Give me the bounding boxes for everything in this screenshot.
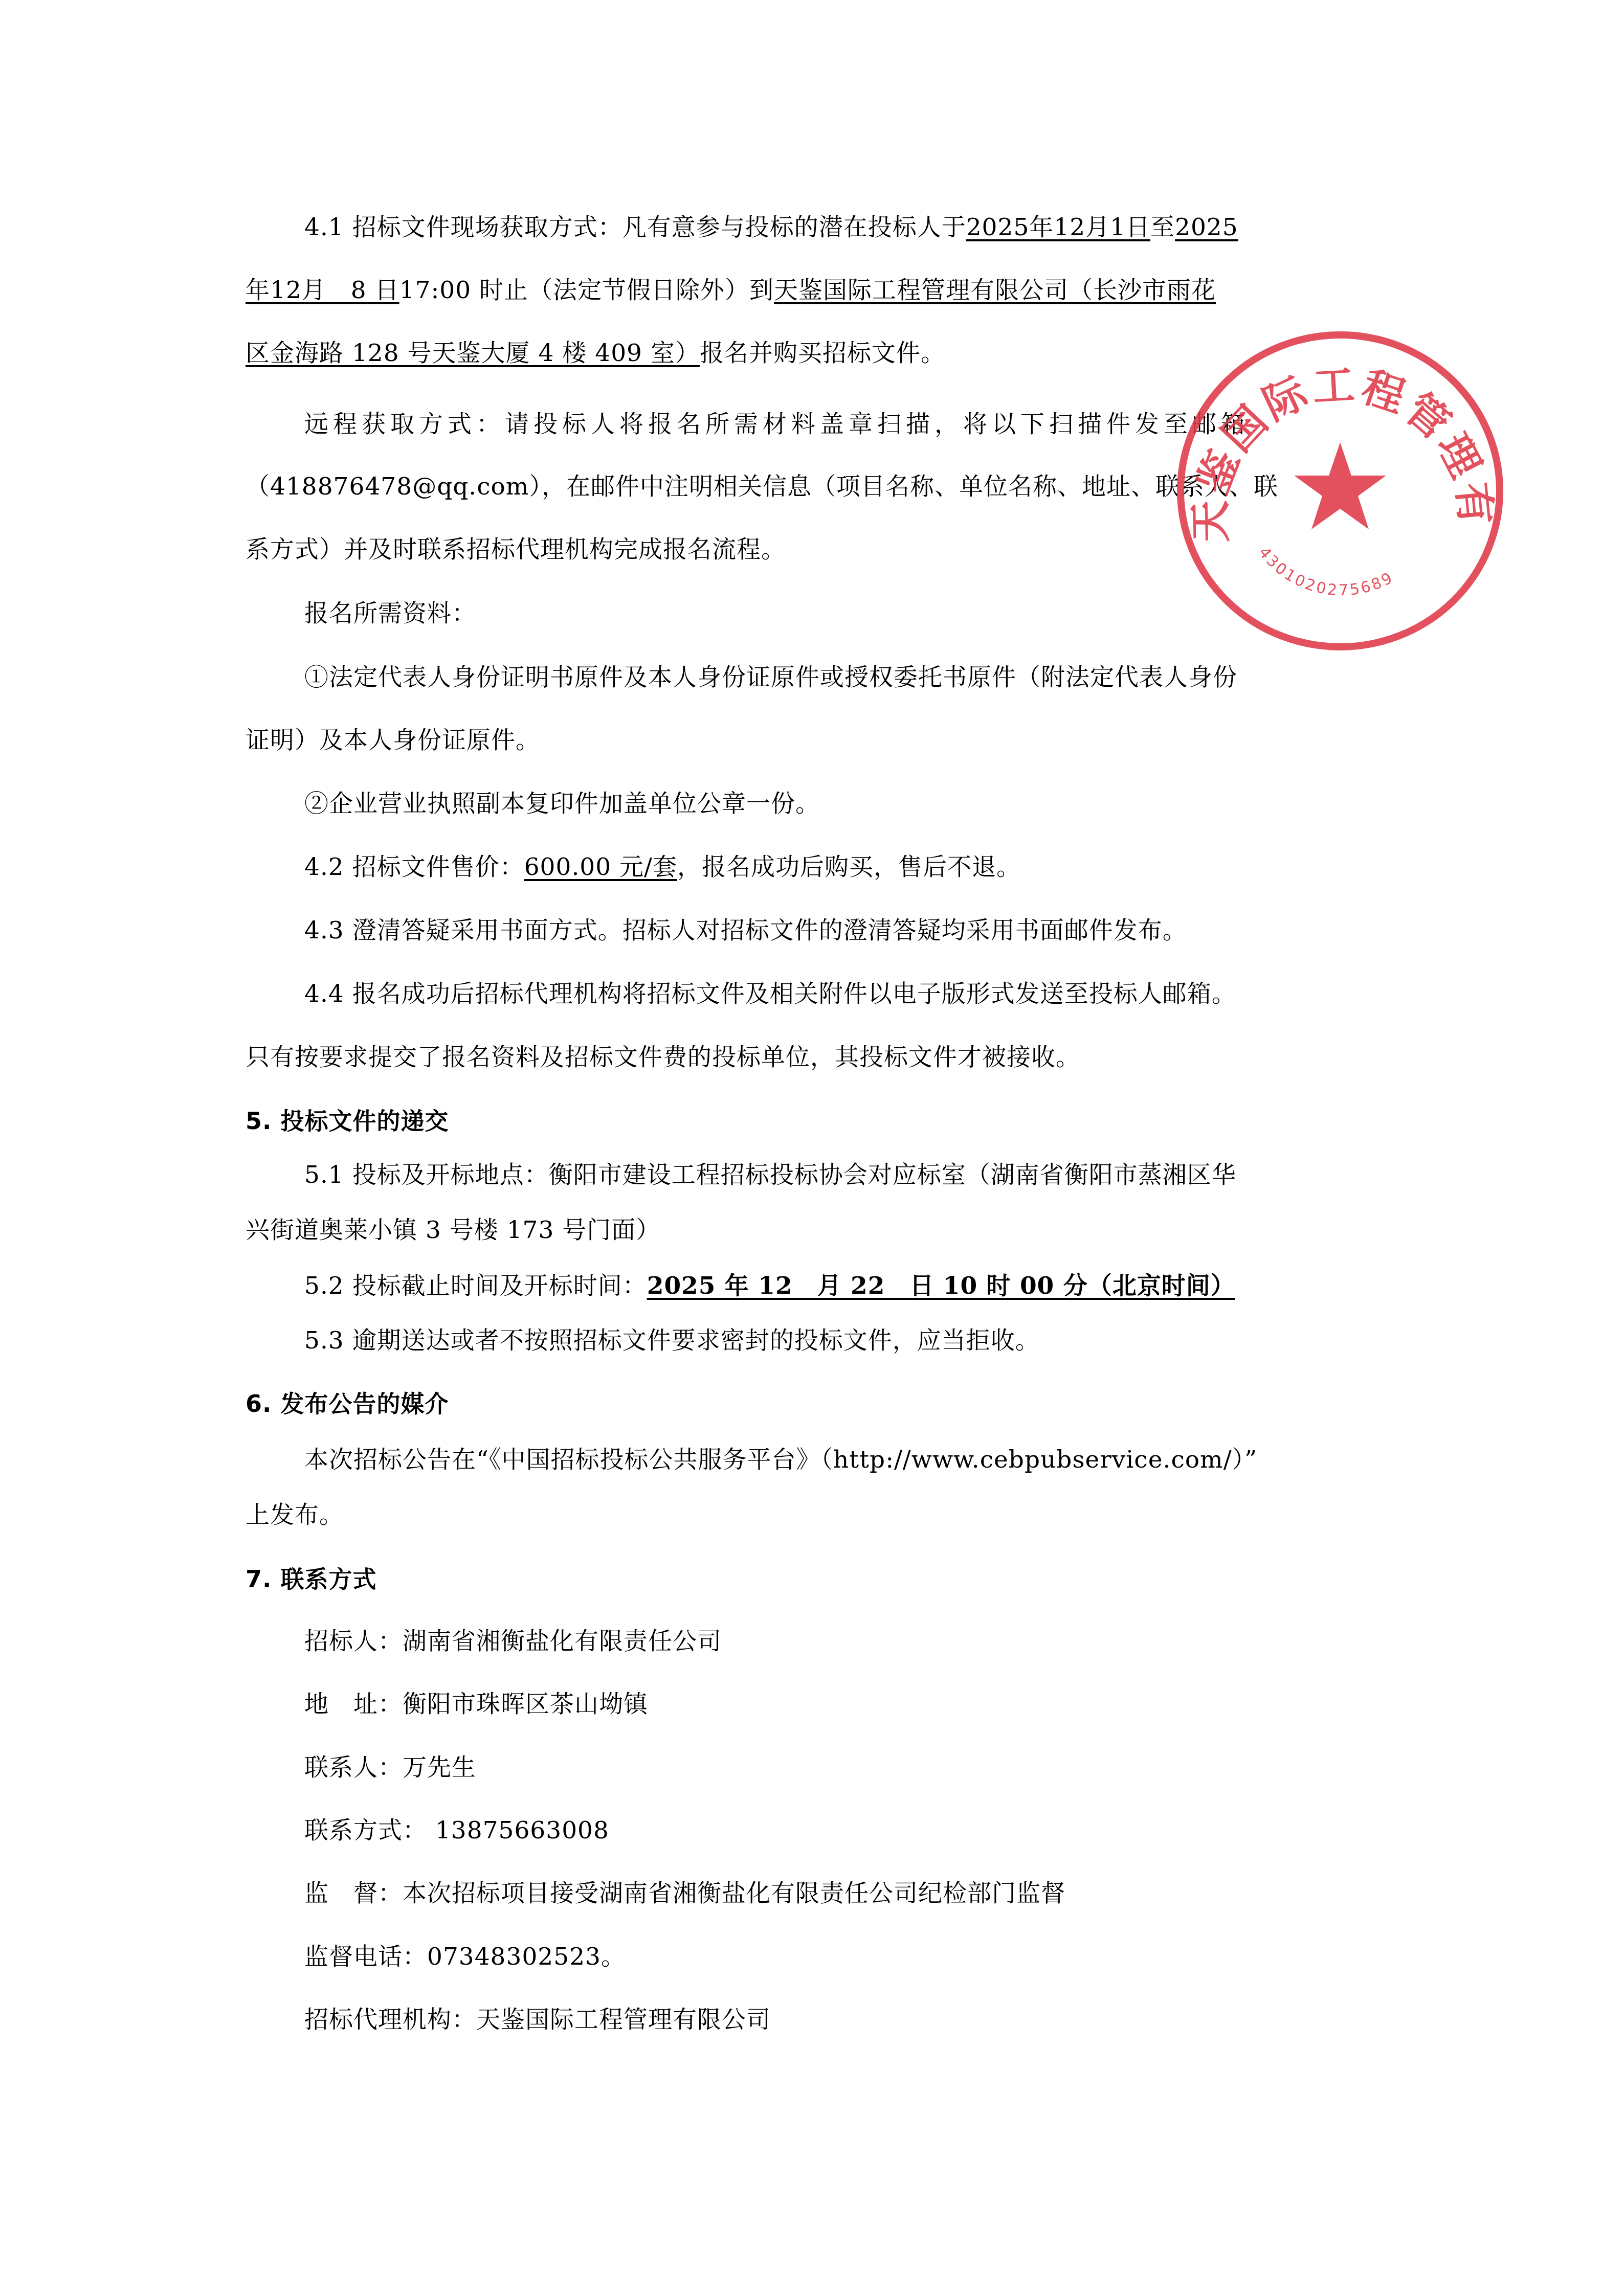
para-5-3: 5.3 逾期送达或者不按照招标文件要求密封的投标文件，应当拒收。 xyxy=(304,1325,1378,1356)
materials-label: 报名所需资料： xyxy=(304,598,1378,629)
section-5-heading: 5. 投标文件的递交 xyxy=(246,1106,1378,1136)
material-1-line2: 证明）及本人身份证原件。 xyxy=(246,725,1378,756)
remote-line2: （418876478@qq.com），在邮件中注明相关信息（项目名称、单位名称、… xyxy=(246,471,1378,502)
media-line2: 上发布。 xyxy=(246,1500,1378,1530)
text: ，报名成功后购买，售后不退。 xyxy=(677,853,1021,881)
text: 至 xyxy=(1150,213,1175,241)
address: 地 址：衡阳市珠晖区茶山坳镇 xyxy=(304,1689,1378,1720)
text: 4.1 招标文件现场获取方式：凡有意参与投标的潜在投标人于 xyxy=(304,213,966,241)
section-7-heading: 7. 联系方式 xyxy=(246,1564,1378,1594)
date-end-year: 2025 xyxy=(1175,213,1238,241)
para-4-3: 4.3 澄清答疑采用书面方式。招标人对招标文件的澄清答疑均采用书面邮件发布。 xyxy=(304,915,1378,946)
material-1-line1: ①法定代表人身份证明书原件及本人身份证原件或授权委托书原件（附法定代表人身份 xyxy=(304,662,1378,693)
document-page: 4.1 招标文件现场获取方式：凡有意参与投标的潜在投标人于2025年12月1日至… xyxy=(0,0,1624,2296)
contact-person: 联系人：万先生 xyxy=(304,1752,1378,1783)
supervision-phone: 监督电话：07348302523。 xyxy=(304,1942,1378,1972)
para-4-2: 4.2 招标文件售价：600.00 元/套，报名成功后购买，售后不退。 xyxy=(304,852,1378,883)
para-4-4-line1: 4.4 报名成功后招标代理机构将招标文件及相关附件以电子版形式发送至投标人邮箱。 xyxy=(304,979,1378,1009)
section-6-heading: 6. 发布公告的媒介 xyxy=(246,1388,1378,1419)
para-5-1-line2: 兴街道奥莱小镇 3 号楼 173 号门面） xyxy=(246,1215,1378,1246)
agency-address: 天鉴国际工程管理有限公司（长沙市雨花 xyxy=(774,276,1216,304)
agency-address-cont: 区金海路 128 号天鉴大厦 4 楼 409 室） xyxy=(246,339,700,367)
para-4-4-line2: 只有按要求提交了报名资料及招标文件费的投标单位，其投标文件才被接收。 xyxy=(246,1042,1378,1073)
agency: 招标代理机构：天鉴国际工程管理有限公司 xyxy=(304,2005,1378,2035)
para-5-2: 5.2 投标截止时间及开标时间：2025 年 12 月 22 日 10 时 00… xyxy=(304,1271,1378,1301)
text: 4.2 招标文件售价： xyxy=(304,853,524,881)
para-4-1-line3: 区金海路 128 号天鉴大厦 4 楼 409 室）报名并购买招标文件。 xyxy=(246,338,1378,369)
remote-line3: 系方式）并及时联系招标代理机构完成报名流程。 xyxy=(246,534,1378,565)
text: 17:00 时止（法定节假日除外）到 xyxy=(399,276,774,304)
deadline: 2025 年 12 月 22 日 10 时 00 分（北京时间） xyxy=(647,1272,1235,1300)
date-start: 2025年12月1日 xyxy=(966,213,1150,241)
price: 600.00 元/套 xyxy=(524,853,677,881)
contact-phone: 联系方式： 13875663008 xyxy=(304,1815,1378,1846)
text: 报名并购买招标文件。 xyxy=(700,339,945,367)
para-4-1-line2: 年12月 8 日17:00 时止（法定节假日除外）到天鉴国际工程管理有限公司（长… xyxy=(246,275,1378,306)
material-2: ②企业营业执照副本复印件加盖单位公章一份。 xyxy=(304,789,1378,819)
text: 5.2 投标截止时间及开标时间： xyxy=(304,1272,647,1300)
tenderer: 招标人：湖南省湘衡盐化有限责任公司 xyxy=(304,1626,1378,1657)
supervision: 监 督：本次招标项目接受湖南省湘衡盐化有限责任公司纪检部门监督 xyxy=(304,1878,1378,1909)
media-line1: 本次招标公告在“《中国招标投标公共服务平台》（http://www.cebpub… xyxy=(304,1445,1378,1475)
para-5-1-line1: 5.1 投标及开标地点：衡阳市建设工程招标投标协会对应标室（湖南省衡阳市蒸湘区华 xyxy=(304,1160,1378,1190)
para-4-1-line1: 4.1 招标文件现场获取方式：凡有意参与投标的潜在投标人于2025年12月1日至… xyxy=(304,212,1378,243)
date-end: 年12月 8 日 xyxy=(246,276,399,304)
remote-line1: 远程获取方式：请投标人将报名所需材料盖章扫描，将以下扫描件发至邮箱 xyxy=(304,409,1378,440)
